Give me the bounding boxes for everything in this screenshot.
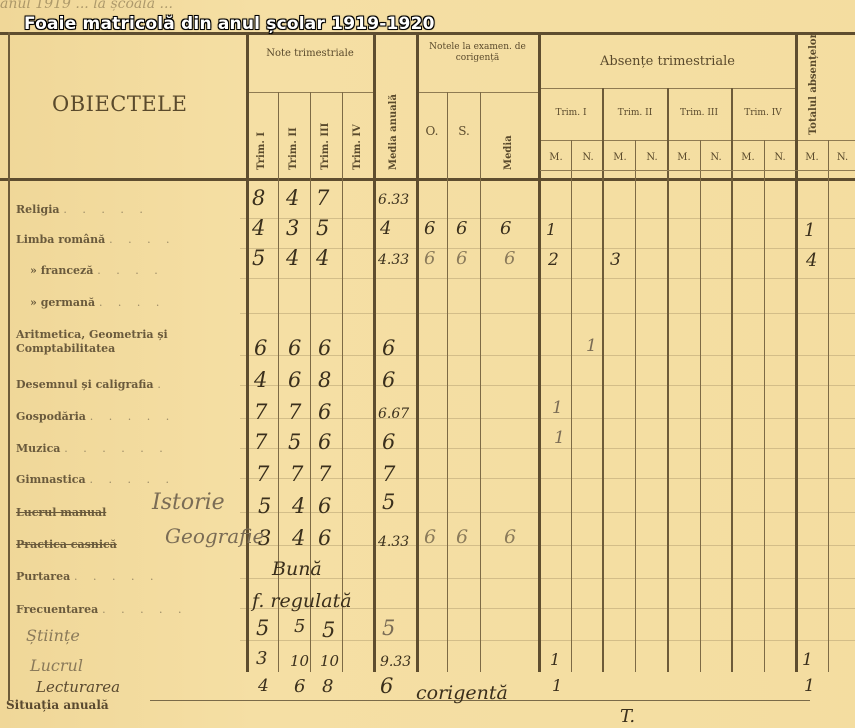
- grade-t1: 5: [258, 494, 271, 518]
- subject-gimnastica: Gimnastica . . . . .: [16, 473, 175, 486]
- grade-t1: 4: [258, 676, 269, 696]
- row-rule: [240, 512, 855, 513]
- grade-t2: 4: [292, 526, 305, 550]
- grade-media: 4: [380, 218, 391, 239]
- exam-media: 6: [500, 218, 511, 239]
- absence-t1-m: 1: [546, 220, 556, 239]
- col-rule-absence: [538, 32, 541, 672]
- subject-aritmetica: Aritmetica, Geometria și Comptabilitatea: [16, 328, 236, 356]
- grade-t1: 8: [252, 186, 265, 210]
- exam-s: 6: [456, 248, 467, 269]
- row-rule: [240, 385, 855, 386]
- grade-t1: 6: [254, 336, 267, 360]
- document-caption: Foaie matricolă din anul școlar 1919-192…: [24, 14, 435, 34]
- grade-t1: 5: [256, 616, 269, 640]
- grade-media: 6: [382, 336, 395, 360]
- header-bottom-rule: [0, 178, 855, 181]
- absence-t1-m: 1: [552, 676, 562, 695]
- grade-media: 5: [382, 490, 395, 514]
- absence-trim-rule: [540, 140, 855, 141]
- row-rule: [240, 578, 855, 579]
- total-n-header: N.: [830, 152, 855, 163]
- exam-media: 6: [504, 248, 515, 269]
- grade-t3: 7: [318, 462, 331, 486]
- grade-t3: 8: [318, 368, 331, 392]
- grade-media: 5: [382, 616, 395, 640]
- abs-m-header: M.: [606, 152, 634, 163]
- subject-lecturarea: Lecturarea: [36, 678, 120, 696]
- subject-lucrul: Lucrul: [30, 656, 83, 675]
- col-rule: [278, 92, 279, 672]
- absente-header: Absențe trimestriale: [545, 56, 790, 67]
- conduct-value: Bună: [272, 558, 322, 580]
- row-rule: [240, 218, 855, 219]
- grade-media: 6: [382, 368, 395, 392]
- grade-media: 6: [380, 674, 393, 698]
- abs-m-header: M.: [542, 152, 570, 163]
- grade-t1: 7: [256, 462, 269, 486]
- row-rule: [240, 448, 855, 449]
- col-rule-subjects: [246, 32, 249, 672]
- annotation-geografie: Geografie: [165, 524, 264, 548]
- abs-trim-4-header: Trim. IV: [732, 108, 794, 119]
- subject-muzica: Muzica . . . . . .: [16, 442, 169, 455]
- col-rule: [310, 92, 311, 672]
- grade-t1: 7: [254, 400, 267, 424]
- signature: T.: [620, 706, 635, 727]
- grade-t2: 7: [288, 400, 301, 424]
- subject-desemnul: Desemnul și caligrafia .: [16, 378, 167, 391]
- grade-media: 4.33: [378, 252, 409, 268]
- exam-group-rule: [418, 92, 540, 93]
- subject-gospodaria: Gospodăria . . . . .: [16, 410, 175, 423]
- grade-t3: 6: [318, 336, 331, 360]
- total-m-header: M.: [798, 152, 826, 163]
- absence-total: 1: [802, 650, 813, 670]
- total-absente-header: Totalul absențelor: [808, 45, 819, 135]
- exam-s-header: S.: [452, 126, 476, 137]
- grade-t1: 7: [254, 430, 267, 454]
- grade-t2: 5: [294, 616, 305, 637]
- footer-label: Situația anuală: [6, 698, 109, 712]
- absence-t1-m: 1: [550, 650, 560, 669]
- exam-o-header: O.: [420, 126, 444, 137]
- col-rule-exam: [416, 32, 419, 672]
- col-rule-media: [373, 32, 376, 672]
- grade-t1: 5: [252, 246, 265, 270]
- subject-limba-romana: Limba română . . . .: [16, 233, 176, 246]
- header-scribble: anul 1919 ... la școală ...: [0, 0, 855, 14]
- abs-n-header: N.: [638, 152, 666, 163]
- grade-t1: 4: [254, 368, 267, 392]
- absence-t1-m: 2: [548, 250, 559, 270]
- grade-t3: 5: [316, 216, 329, 240]
- absence-total: 1: [804, 220, 815, 241]
- exam-o: 6: [424, 526, 436, 548]
- row-rule: [240, 418, 855, 419]
- grade-t3: 10: [320, 652, 339, 670]
- exam-o: 6: [424, 248, 435, 269]
- subject-lucrul-manual: Lucrul manual: [16, 506, 106, 519]
- grade-t2: 4: [286, 186, 299, 210]
- grade-t2: 5: [288, 430, 301, 454]
- abs-m-header: M.: [734, 152, 762, 163]
- grade-t2: 6: [294, 676, 305, 697]
- abs-trim-2-header: Trim. II: [604, 108, 666, 119]
- subject-frecuentarea: Frecuentarea . . . . .: [16, 603, 188, 616]
- annotation-istorie: Istorie: [152, 490, 225, 515]
- col-rule: [667, 88, 669, 672]
- trim-2-header: Trim. II: [288, 100, 299, 170]
- document-paper: anul 1919 ... la școală ... Foaie matric…: [0, 0, 855, 728]
- grade-t3: 5: [322, 618, 335, 642]
- grade-t3: 6: [318, 494, 331, 518]
- grade-t3: 6: [318, 526, 331, 550]
- grade-t2: 4: [292, 494, 305, 518]
- abs-n-header: N.: [702, 152, 730, 163]
- trim-3-header: Trim. III: [320, 100, 331, 170]
- grade-t2: 6: [288, 336, 301, 360]
- col-rule: [764, 140, 765, 672]
- abs-trim-1-header: Trim. I: [541, 108, 601, 119]
- absence-t2-m: 3: [610, 250, 621, 270]
- subject-franceza: » franceză . . . .: [30, 264, 164, 277]
- grade-t3: 6: [318, 430, 331, 454]
- grade-t1: 3: [256, 648, 267, 669]
- row-rule: [240, 355, 855, 356]
- col-rule-total: [795, 32, 798, 672]
- grade-t3: 6: [318, 400, 331, 424]
- grade-media: 6.33: [378, 192, 409, 208]
- absence-total: 4: [806, 250, 817, 271]
- col-rule: [635, 140, 636, 672]
- attendance-value: f. regulată: [252, 590, 352, 612]
- subject-stiinte: Științe: [26, 626, 80, 645]
- grade-t1: 3: [258, 526, 271, 550]
- subject-germana: » germană . . . .: [30, 296, 165, 309]
- media-anuala-header: Media anuală: [388, 50, 399, 170]
- left-border: [8, 32, 10, 700]
- trim-4-header: Trim. IV: [352, 100, 363, 170]
- col-rule: [700, 140, 701, 672]
- grade-media: 4.33: [378, 534, 409, 550]
- note-trimestriale-header: Note trimestriale: [255, 48, 365, 59]
- grade-t2: 4: [286, 246, 299, 270]
- col-rule: [571, 140, 572, 672]
- grade-media: 7: [382, 462, 395, 486]
- col-rule: [731, 88, 733, 672]
- subject-practica: Practica casnică: [16, 538, 117, 551]
- row-rule: [240, 278, 855, 279]
- exam-s: 6: [456, 218, 467, 239]
- col-rule: [602, 88, 604, 672]
- exam-o: 6: [424, 218, 435, 239]
- grade-t1: 4: [252, 216, 265, 240]
- exam-header: Notele la examen. de corigență: [420, 42, 535, 64]
- grade-media: 9.33: [380, 654, 411, 670]
- exam-s: 6: [456, 526, 468, 548]
- col-rule: [480, 92, 481, 672]
- row-rule: [240, 478, 855, 479]
- absence-t1-m: 1: [552, 398, 563, 418]
- col-rule: [828, 140, 829, 672]
- header-scribble-text: anul 1919 ... la școală ...: [0, 0, 173, 12]
- mn-rule: [540, 170, 855, 171]
- grade-t3: 8: [322, 676, 333, 697]
- row-rule: [240, 545, 855, 546]
- grade-t2: 6: [288, 368, 301, 392]
- grade-media: 6.67: [378, 406, 409, 422]
- grade-media: 6: [382, 430, 395, 454]
- exam-media: 6: [504, 526, 516, 548]
- grade-t3: 4: [316, 246, 329, 270]
- col-rule: [447, 92, 448, 672]
- abs-n-header: N.: [766, 152, 794, 163]
- annual-status: corigentă: [416, 682, 508, 704]
- subjects-header: OBIECTELE: [52, 92, 187, 116]
- absence-t1-m: 1: [554, 428, 565, 448]
- absence-t1-n: 1: [586, 336, 597, 356]
- grade-t2: 10: [290, 652, 309, 670]
- subject-religia: Religia . . . . .: [16, 203, 149, 216]
- grade-t2: 3: [286, 216, 299, 240]
- subject-purtarea: Purtarea . . . . .: [16, 570, 160, 583]
- trim-1-header: Trim. I: [256, 100, 267, 170]
- absence-total: 1: [804, 676, 815, 696]
- row-rule: [240, 313, 855, 314]
- abs-m-header: M.: [670, 152, 698, 163]
- col-rule: [342, 92, 343, 672]
- grade-t2: 7: [290, 462, 303, 486]
- abs-trim-3-header: Trim. III: [668, 108, 730, 119]
- abs-n-header: N.: [574, 152, 602, 163]
- grade-t3: 7: [316, 186, 329, 210]
- row-rule: [240, 248, 855, 249]
- exam-media-header: Media: [503, 130, 514, 170]
